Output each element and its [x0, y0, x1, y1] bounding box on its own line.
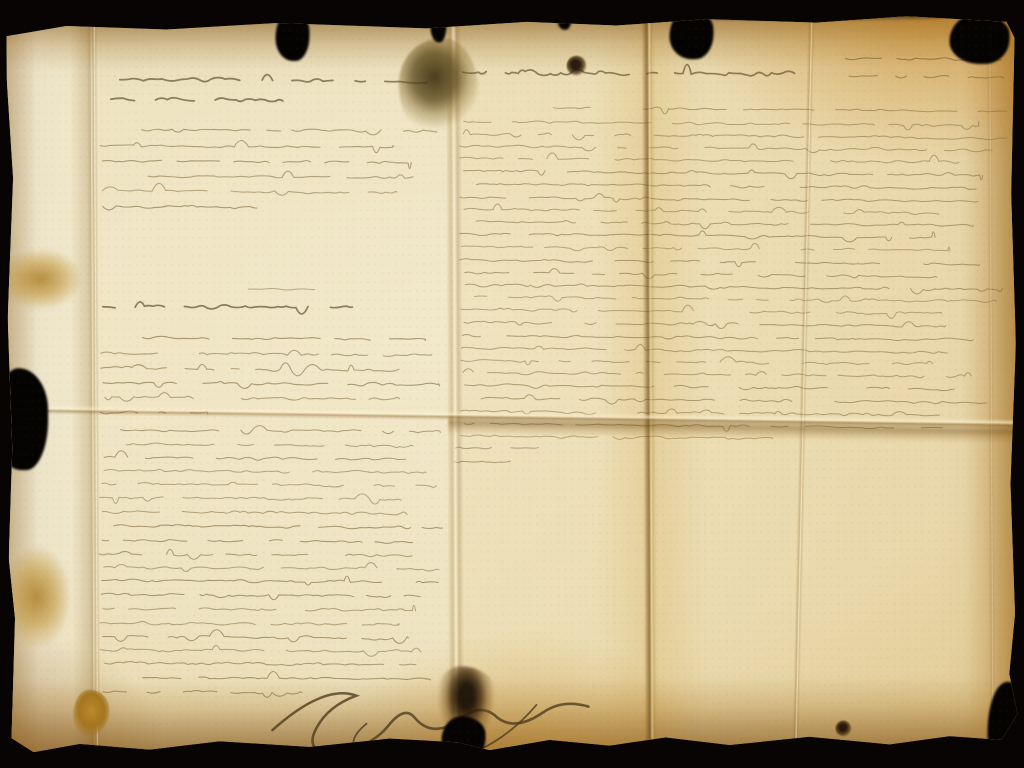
ink-burn-stain-top-center: [398, 38, 478, 134]
handwriting-line: [104, 562, 439, 572]
handwriting-line: [460, 256, 980, 267]
handwriting-line: [100, 140, 393, 154]
handwriting-line: [111, 97, 283, 102]
handwriting-line: [464, 119, 979, 132]
handwriting-line: [114, 523, 443, 530]
handwriting-line: [103, 605, 416, 612]
tear-hole-bottom-center: [441, 716, 485, 760]
handwriting-line: [101, 592, 420, 601]
photo-background: [0, 0, 1024, 768]
handwriting-line: [476, 219, 973, 230]
charred-top-edge-right: [706, 14, 946, 22]
handwriting-line: [248, 288, 314, 290]
burn-dot-top: [567, 56, 587, 76]
tear-nick-top-mid: [557, 8, 571, 30]
tear-bite-top-right-corner: [949, 14, 1009, 64]
handwriting-line: [101, 350, 432, 358]
handwriting-line: [104, 468, 426, 475]
handwriting-line: [460, 192, 978, 204]
right-page-paragraph: [447, 94, 1021, 461]
handwriting-line: [102, 576, 439, 586]
handwriting-line: [120, 74, 427, 85]
ink-dot-bottom-right: [835, 721, 851, 737]
handwriting-line: [461, 356, 933, 367]
handwriting-line: [476, 182, 976, 192]
handwriting-line: [100, 645, 421, 658]
water-stain-left-lower: [5, 545, 69, 649]
handwriting-line: [465, 267, 937, 280]
handwriting-line: [465, 282, 1002, 296]
handwriting-line: [474, 294, 996, 305]
handwriting-line: [463, 64, 795, 77]
handwriting-line: [464, 319, 946, 329]
handwriting-line: [102, 182, 397, 196]
handwriting-line: [100, 620, 399, 626]
handwriting-line: [464, 202, 939, 216]
handwriting-line: [148, 171, 413, 180]
charred-top-edge-left: [126, 16, 486, 25]
manuscript-paper: [6, 14, 1017, 752]
handwriting-line: [101, 362, 399, 376]
handwriting-line: [126, 442, 413, 449]
handwriting-line: [461, 304, 942, 320]
handwriting-line: [460, 143, 992, 154]
handwriting-line: [104, 450, 406, 461]
handwriting-line: [460, 230, 935, 244]
handwriting-line: [462, 243, 950, 254]
handwriting-line: [100, 494, 402, 506]
handwriting-line: [464, 168, 983, 182]
handwriting-line: [463, 127, 1007, 142]
handwriting-line: [463, 367, 971, 380]
handwriting-line: [142, 128, 437, 136]
handwriting-line: [120, 425, 440, 435]
handwriting-line: [103, 381, 439, 389]
signature-flourish: [236, 665, 616, 767]
handwriting-line: [102, 539, 412, 545]
handwriting-line: [553, 105, 1006, 114]
handwriting-line: [102, 159, 411, 170]
torn-paper-piece-bottom-left: [73, 690, 109, 736]
handwriting-line: [455, 447, 538, 449]
handwriting-line: [99, 548, 412, 559]
tear-nick-top-center: [430, 8, 446, 42]
handwriting-line: [462, 332, 973, 342]
water-stain-left-upper: [1, 248, 79, 310]
handwriting-line: [849, 75, 1004, 79]
handwriting-line: [481, 393, 986, 406]
tear-notch-left-edge: [0, 368, 48, 470]
tear-hole-top-right: [669, 9, 713, 59]
handwriting-line: [103, 301, 353, 315]
handwriting-line: [103, 205, 257, 210]
handwriting-line: [142, 335, 425, 342]
handwriting-line: [103, 629, 408, 645]
left-page-paragraph-1: [87, 116, 450, 234]
handwriting-line: [102, 481, 436, 489]
signature-stroke: [272, 692, 588, 752]
handwriting-line: [105, 392, 400, 402]
handwriting-line: [460, 151, 959, 165]
handwriting-line: [465, 382, 955, 393]
tear-hole-top-left: [275, 11, 309, 61]
handwriting-line: [461, 343, 947, 355]
tear-bite-bottom-right-corner: [987, 682, 1024, 768]
